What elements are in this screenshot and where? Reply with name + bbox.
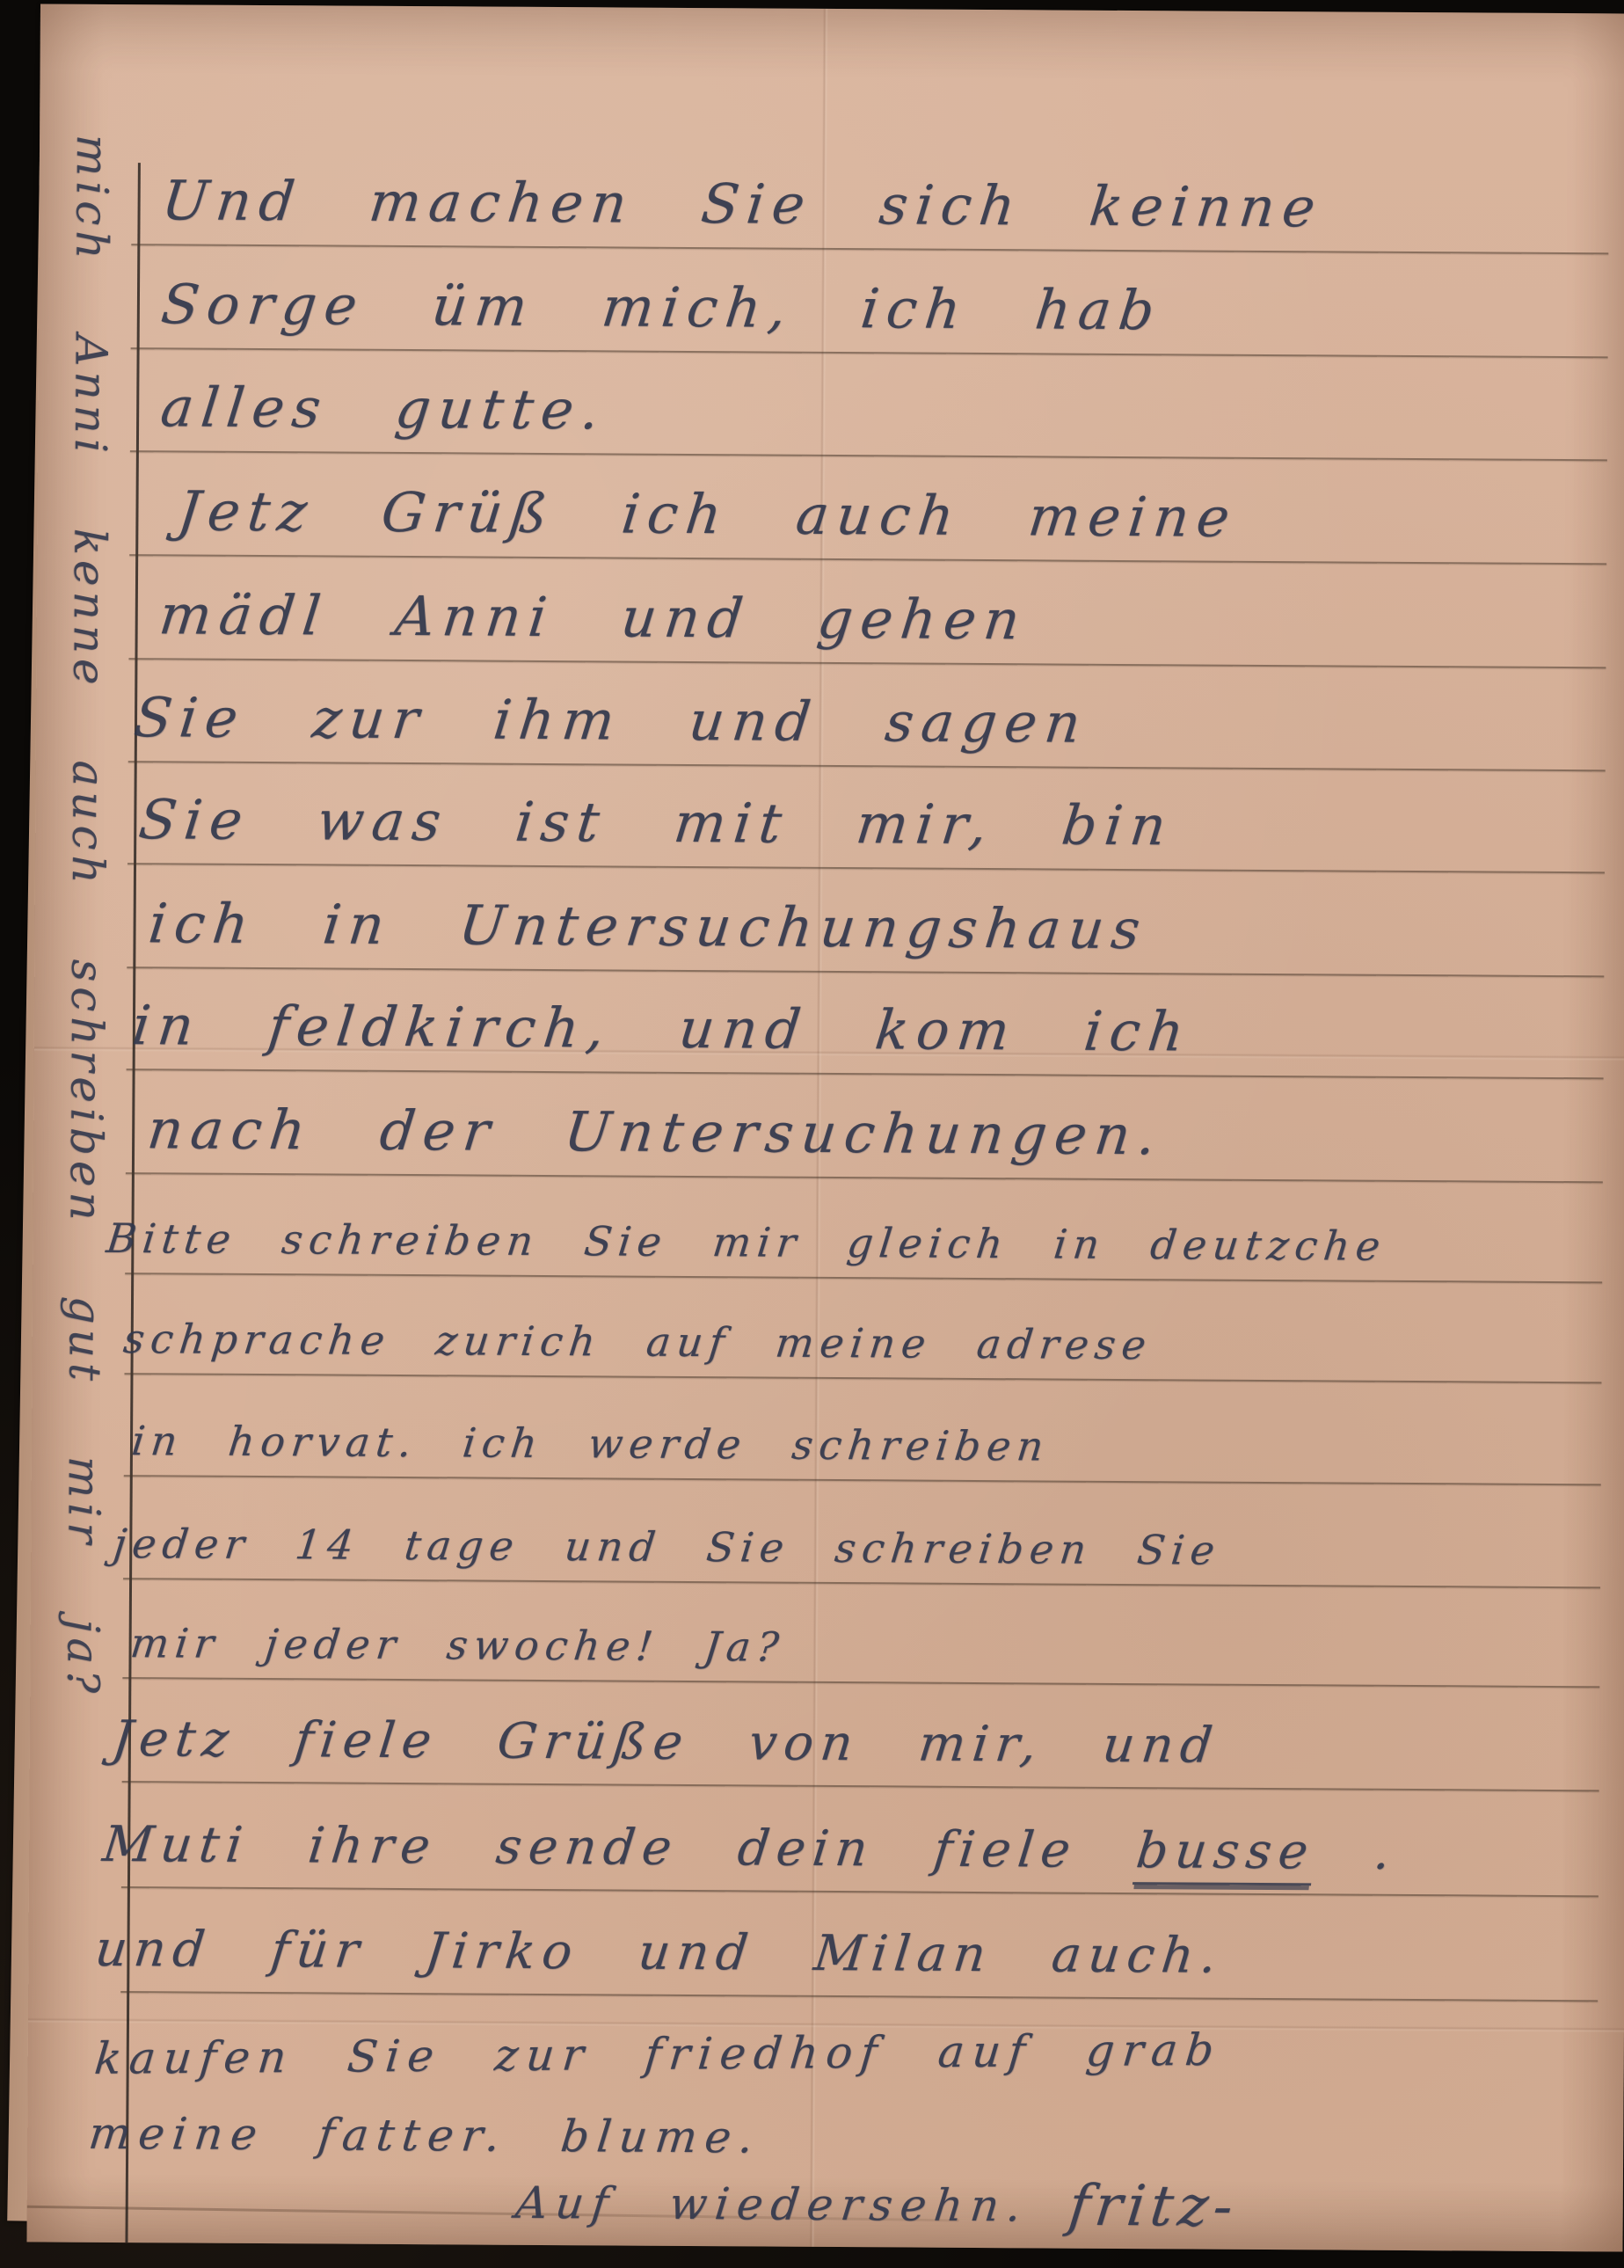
letter-line: meine fatter. blume. [86, 2108, 763, 2163]
ruled-line [131, 347, 1608, 358]
letter-page: Und machen Sie sich keinneSorge üm mich,… [26, 4, 1624, 2251]
ruled-line [126, 1172, 1603, 1183]
ruled-line [122, 1677, 1599, 1688]
ruled-line [130, 450, 1607, 461]
ruled-line [121, 1886, 1599, 1897]
letter-line: kaufen Sie zur friedhof auf grab [92, 2024, 1224, 2084]
line-text: Muti ihre sende dein fiele [100, 1816, 1140, 1879]
ruled-line [128, 658, 1606, 668]
letter-line: Sorge üm mich, ich hab [158, 272, 1166, 342]
margin-note: mich Anni kenne auch schreiben gut mir j… [49, 135, 124, 2034]
letter-line: Jetz fiele Grüße von mir, und [109, 1710, 1222, 1775]
letter-line: ich in Untersuchungshaus [146, 891, 1152, 961]
signature: fritz- [1066, 2174, 1242, 2240]
ruled-line [127, 1068, 1604, 1079]
letter-line: Auf wiedersehn. [513, 2177, 1032, 2232]
letter-lines: Und machen Sie sich keinneSorge üm mich,… [40, 4, 1624, 13]
letter-line: schprache zurich auf meine adrese [121, 1315, 1154, 1368]
letter-line: jeder 14 tage und Sie schreiben Sie [111, 1520, 1223, 1574]
ruled-line [120, 1991, 1598, 2002]
letter-line: Sie zur ihm und sagen [131, 685, 1091, 755]
ruled-line [127, 966, 1604, 977]
letter-line: mir jeder swoche! Ja? [128, 1619, 788, 1671]
letter-line: Sie was ist mit mir, bin [135, 787, 1176, 857]
letter-line: in feldkirch, und kom ich [129, 993, 1195, 1063]
letter-line: mädl Anni und gehen [157, 582, 1030, 652]
letter-line: Bitte schreiben Sie mir gleich in deutzc… [104, 1214, 1388, 1270]
underlined-word: busse [1132, 1822, 1317, 1885]
letter-line: in horvat. ich werde schreiben [129, 1417, 1052, 1469]
letter-line: Jetz Grüß ich auch meine [174, 478, 1241, 549]
letter-line: alles gutte. [157, 375, 610, 441]
ruled-lines [40, 4, 1624, 13]
letter-line: nach der Untersuchungen. [144, 1097, 1167, 1167]
letter-line: Muti ihre sende dein fiele busse . [100, 1816, 1401, 1881]
letter-line: Und machen Sie sich keinne [159, 168, 1327, 239]
ruled-line [128, 761, 1606, 771]
ruled-line [122, 1781, 1599, 1791]
ruled-line [131, 244, 1608, 254]
ruled-line [124, 1475, 1601, 1485]
letter-scan: Und machen Sie sich keinneSorge üm mich,… [0, 0, 1624, 2268]
line-text: . [1312, 1823, 1401, 1881]
ruled-line [125, 1273, 1602, 1283]
ruled-line [123, 1578, 1600, 1588]
ruled-line [124, 1373, 1601, 1383]
letter-line: und für Jirko und Milan auch. [92, 1921, 1227, 1985]
ruled-line [127, 863, 1605, 873]
ruled-line [129, 554, 1606, 565]
